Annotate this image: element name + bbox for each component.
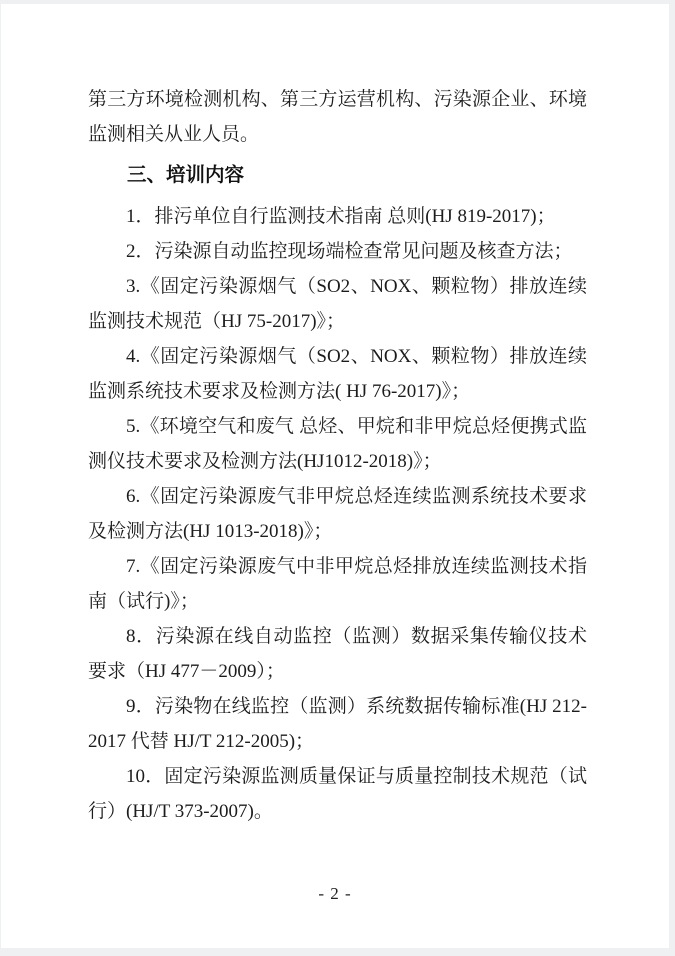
- training-item-1: 1．排污单位自行监测技术指南 总则(HJ 819-2017)；: [88, 199, 587, 234]
- section-heading: 三、培训内容: [88, 158, 587, 193]
- page-number: - 2 -: [1, 884, 669, 904]
- training-item-5: 5.《环境空气和废气 总烃、甲烷和非甲烷总烃便携式监测仪技术要求及检测方法(HJ…: [88, 409, 587, 479]
- training-item-4: 4.《固定污染源烟气（SO2、NOX、颗粒物）排放连续监测系统技术要求及检测方法…: [88, 339, 587, 409]
- training-item-2: 2．污染源自动监控现场端检查常见问题及核查方法；: [88, 234, 587, 269]
- training-item-8: 8．污染源在线自动监控（监测）数据采集传输仪技术要求（HJ 477－2009）；: [88, 619, 587, 689]
- training-item-3: 3.《固定污染源烟气（SO2、NOX、颗粒物）排放连续监测技术规范（HJ 75-…: [88, 269, 587, 339]
- training-item-7: 7.《固定污染源废气中非甲烷总烃排放连续监测技术指南（试行)》；: [88, 549, 587, 619]
- training-item-9: 9．污染物在线监控（监测）系统数据传输标准(HJ 212-2017 代替 HJ/…: [88, 689, 587, 759]
- page-content: 第三方环境检测机构、第三方运营机构、污染源企业、环境监测相关从业人员。 三、培训…: [88, 82, 587, 829]
- training-item-6: 6.《固定污染源废气非甲烷总烃连续监测系统技术要求及检测方法(HJ 1013-2…: [88, 479, 587, 549]
- document-page: 第三方环境检测机构、第三方运营机构、污染源企业、环境监测相关从业人员。 三、培训…: [1, 4, 669, 948]
- training-item-10: 10．固定污染源监测质量保证与质量控制技术规范（试行）(HJ/T 373-200…: [88, 759, 587, 829]
- intro-paragraph: 第三方环境检测机构、第三方运营机构、污染源企业、环境监测相关从业人员。: [88, 82, 587, 152]
- document-viewport: 第三方环境检测机构、第三方运营机构、污染源企业、环境监测相关从业人员。 三、培训…: [0, 0, 675, 956]
